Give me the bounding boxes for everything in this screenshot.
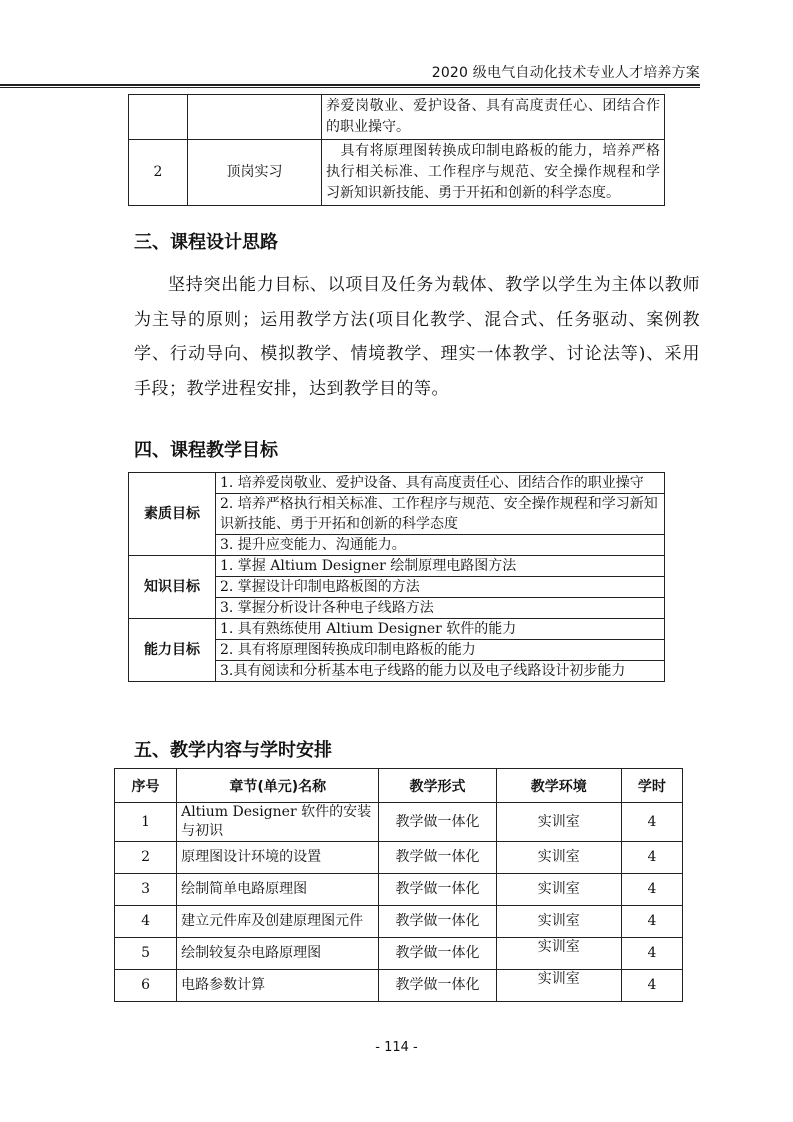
goal-category: 素质目标 <box>129 473 216 556</box>
row-name: 顶岗实习 <box>188 140 322 206</box>
row-name <box>188 95 322 140</box>
table-row: 养爱岗敬业、爱护设备、具有高度责任心、团结合作的职业操守。 <box>129 95 665 140</box>
cell-environment: 实训室 <box>496 842 621 874</box>
cell-hours: 4 <box>621 803 682 842</box>
cell-environment: 实训室 <box>496 906 621 938</box>
cell-form: 教学做一体化 <box>379 906 496 938</box>
teaching-goals-table: 素质目标 1. 培养爱岗敬业、爱护设备、具有高度责任心、团结合作的职业操守 2.… <box>128 472 665 682</box>
design-paragraph: 坚持突出能力目标、以项目及任务为载体、教学以学生为主体以教师为主导的原则；运用教… <box>134 268 700 406</box>
table-row: 2 顶岗实习 具有将原理图转换成印制电路板的能力，培养严格执行相关标准、工作程序… <box>129 140 665 206</box>
cell-chapter: Altium Designer 软件的安装与初识 <box>177 803 379 842</box>
row-description: 具有将原理图转换成印制电路板的能力，培养严格执行相关标准、工作程序与规范、安全操… <box>322 140 665 206</box>
goal-item: 1. 掌握 Altium Designer 绘制原理电路图方法 <box>216 556 665 577</box>
cell-environment: 实训室 <box>496 938 621 970</box>
cell-form: 教学做一体化 <box>379 970 496 1002</box>
cell-number: 1 <box>115 803 177 842</box>
cell-environment: 实训室 <box>496 803 621 842</box>
section-heading-schedule: 五、教学内容与学时安排 <box>134 736 332 762</box>
cell-hours: 4 <box>621 842 682 874</box>
table-header-row: 序号 章节(单元)名称 教学形式 教学环境 学时 <box>115 769 683 803</box>
goal-item: 1. 培养爱岗敬业、爱护设备、具有高度责任心、团结合作的职业操守 <box>216 473 665 494</box>
schedule-table: 序号 章节(单元)名称 教学形式 教学环境 学时 1 Altium Design… <box>114 768 683 1002</box>
table-row: 素质目标 1. 培养爱岗敬业、爱护设备、具有高度责任心、团结合作的职业操守 <box>129 473 665 494</box>
cell-form: 教学做一体化 <box>379 938 496 970</box>
header-rule <box>0 84 700 88</box>
goal-category: 能力目标 <box>129 619 216 682</box>
cell-number: 4 <box>115 906 177 938</box>
page-number: - 114 - <box>0 1040 793 1055</box>
col-header-hours: 学时 <box>621 769 682 803</box>
cell-number: 3 <box>115 874 177 906</box>
cell-chapter: 建立元件库及创建原理图元件 <box>177 906 379 938</box>
goal-item: 2. 培养严格执行相关标准、工作程序与规范、安全操作规程和学习新知识新技能、勇于… <box>216 494 665 535</box>
section-heading-design: 三、课程设计思路 <box>134 228 278 254</box>
col-header-environment: 教学环境 <box>496 769 621 803</box>
section-heading-goals: 四、课程教学目标 <box>134 436 278 462</box>
table-row: 6 电路参数计算 教学做一体化 实训室 4 <box>115 970 683 1002</box>
cell-environment: 实训室 <box>496 874 621 906</box>
table-row: 5 绘制较复杂电路原理图 教学做一体化 实训室 4 <box>115 938 683 970</box>
cell-number: 2 <box>115 842 177 874</box>
cell-hours: 4 <box>621 874 682 906</box>
table-row: 1 Altium Designer 软件的安装与初识 教学做一体化 实训室 4 <box>115 803 683 842</box>
table-row: 4 建立元件库及创建原理图元件 教学做一体化 实训室 4 <box>115 906 683 938</box>
cell-chapter: 绘制较复杂电路原理图 <box>177 938 379 970</box>
goal-item: 2. 掌握设计印制电路板图的方法 <box>216 577 665 598</box>
cell-chapter: 绘制简单电路原理图 <box>177 874 379 906</box>
goal-item: 2. 具有将原理图转换成印制电路板的能力 <box>216 640 665 661</box>
table-row: 能力目标 1. 具有熟练使用 Altium Designer 软件的能力 <box>129 619 665 640</box>
goal-item: 3. 掌握分析设计各种电子线路方法 <box>216 598 665 619</box>
cell-hours: 4 <box>621 938 682 970</box>
cell-environment: 实训室 <box>496 970 621 1002</box>
row-description: 养爱岗敬业、爱护设备、具有高度责任心、团结合作的职业操守。 <box>322 95 665 140</box>
page-header-title: 2020 级电气自动化技术专业人才培养方案 <box>110 62 700 82</box>
cell-chapter: 原理图设计环境的设置 <box>177 842 379 874</box>
table-row: 2 原理图设计环境的设置 教学做一体化 实训室 4 <box>115 842 683 874</box>
cell-form: 教学做一体化 <box>379 803 496 842</box>
goal-item: 1. 具有熟练使用 Altium Designer 软件的能力 <box>216 619 665 640</box>
cell-number: 5 <box>115 938 177 970</box>
cell-form: 教学做一体化 <box>379 874 496 906</box>
col-header-chapter: 章节(单元)名称 <box>177 769 379 803</box>
table-row: 知识目标 1. 掌握 Altium Designer 绘制原理电路图方法 <box>129 556 665 577</box>
goal-item: 3. 提升应变能力、沟通能力。 <box>216 535 665 556</box>
cell-chapter: 电路参数计算 <box>177 970 379 1002</box>
row-number <box>129 95 188 140</box>
table-row: 3 绘制简单电路原理图 教学做一体化 实训室 4 <box>115 874 683 906</box>
col-header-form: 教学形式 <box>379 769 496 803</box>
cell-hours: 4 <box>621 970 682 1002</box>
cell-hours: 4 <box>621 906 682 938</box>
row-number: 2 <box>129 140 188 206</box>
col-header-number: 序号 <box>115 769 177 803</box>
practice-table-continued: 养爱岗敬业、爱护设备、具有高度责任心、团结合作的职业操守。 2 顶岗实习 具有将… <box>128 94 665 206</box>
cell-form: 教学做一体化 <box>379 842 496 874</box>
goal-category: 知识目标 <box>129 556 216 619</box>
goal-item: 3.具有阅读和分析基本电子线路的能力以及电子线路设计初步能力 <box>216 661 665 682</box>
cell-number: 6 <box>115 970 177 1002</box>
